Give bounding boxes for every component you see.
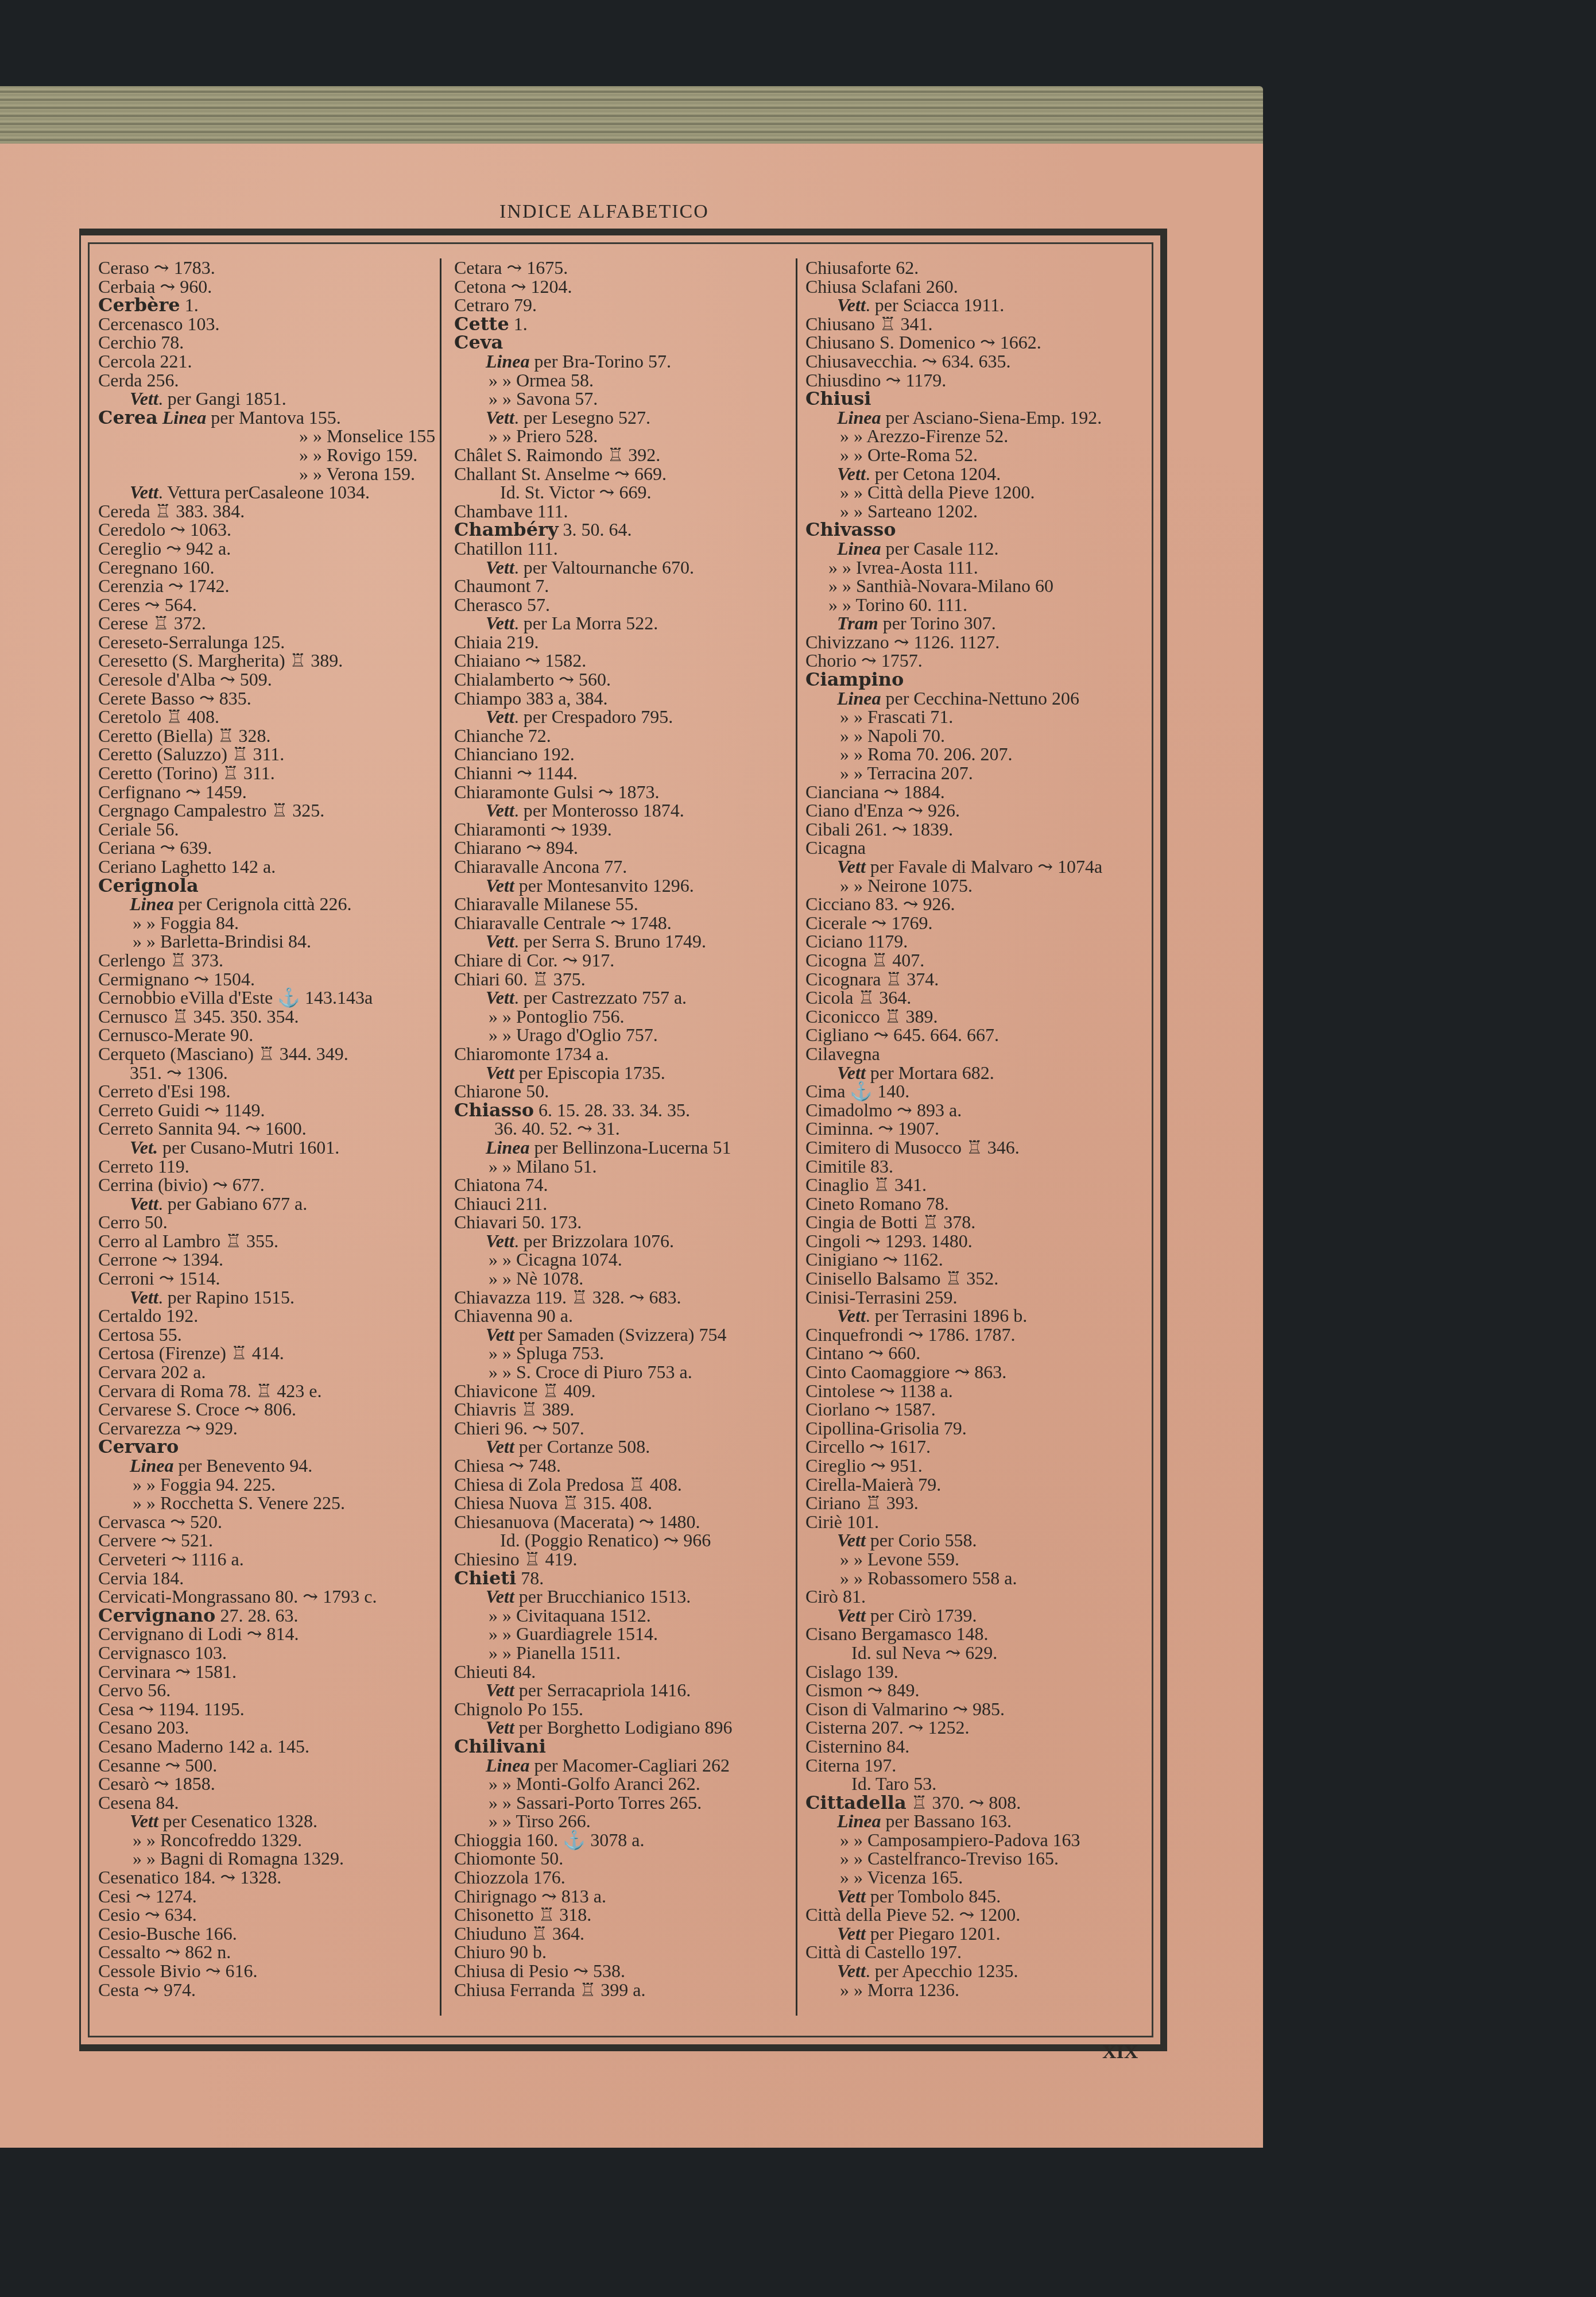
entry-text: per Corio 558. — [866, 1530, 977, 1550]
index-entry: Cintano ⤳ 660. — [805, 1344, 1150, 1363]
entry-text: Ceredolo ⤳ 1063. — [98, 519, 231, 540]
index-entry: Cervara 202 a. — [98, 1363, 437, 1382]
index-entry: Cireglio ⤳ 951. — [805, 1456, 1150, 1475]
entry-text: Chialamberto ⤳ 560. — [454, 669, 611, 690]
index-entry: Chiaravalle Milanese 55. — [454, 895, 799, 914]
index-entry: Cervasca ⤳ 520. — [98, 1513, 437, 1532]
entry-text: Chorio ⤳ 1757. — [805, 650, 923, 671]
entry-text: Cesena 84. — [98, 1792, 179, 1813]
entry-text: per Macomer-Cagliari 262 — [529, 1755, 730, 1776]
entry-text: per Casale 112. — [881, 538, 998, 559]
entry-text: Cingia de Botti ♖ 378. — [805, 1212, 975, 1232]
index-entry: Cergnago Campalestro ♖ 325. — [98, 801, 437, 820]
column-divider — [440, 258, 441, 2016]
entry-text: Chiusano S. Domenico ⤳ 1662. — [805, 332, 1041, 353]
index-entry: Cerreto 119. — [98, 1157, 437, 1176]
connection-type-label: Linea — [130, 1455, 173, 1476]
entry-text: Cermignano ⤳ 1504. — [98, 969, 255, 989]
entry-text: . per Sciacca 1911. — [866, 295, 1004, 315]
connection-type-label: Vett — [486, 557, 514, 578]
entry-text: Cirella-Maierà 79. — [805, 1474, 941, 1495]
index-entry: Cisternino 84. — [805, 1737, 1150, 1756]
index-entry: Cismon ⤳ 849. — [805, 1681, 1150, 1700]
entry-text: » » Neirone 1075. — [840, 875, 973, 896]
index-entry: Chieri 96. ⤳ 507. — [454, 1419, 799, 1438]
index-entry: » » Vicenza 165. — [805, 1868, 1150, 1887]
connection-type-label: Vett — [486, 1231, 514, 1251]
entry-text: » » Napoli 70. — [840, 725, 945, 746]
entry-text: Cessalto ⤳ 862 n. — [98, 1942, 231, 1962]
entry-text: 3. 50. 64. — [559, 519, 632, 540]
entry-text: Ciriè 101. — [805, 1511, 879, 1532]
entry-text: » » Milano 51. — [489, 1156, 596, 1177]
entry-text: Cercola 221. — [98, 351, 192, 372]
index-entry: Chisonetto ♖ 318. — [454, 1905, 799, 1924]
index-entry: Chiusavecchia. ⤳ 634. 635. — [805, 352, 1150, 371]
index-entry: Vett per Corio 558. — [805, 1531, 1150, 1550]
index-entry: Chiaravalle Ancona 77. — [454, 857, 799, 876]
entry-text: Chiavicone ♖ 409. — [454, 1380, 595, 1401]
index-entry: Cittadella ♖ 370. ⤳ 808. — [805, 1793, 1150, 1812]
index-entry: Cette 1. — [454, 315, 799, 334]
index-entry: Ceriale 56. — [98, 820, 437, 839]
entry-text: Cervinara ⤳ 1581. — [98, 1661, 237, 1682]
entry-text: » » Monti-Golfo Aranci 262. — [489, 1773, 700, 1794]
index-entry: Cervarezza ⤳ 929. — [98, 1419, 437, 1438]
entry-text: Cercenasco 103. — [98, 314, 219, 334]
entry-text: Chiuduno ♖ 364. — [454, 1923, 584, 1944]
entry-text: per Piegaro 1201. — [866, 1923, 1001, 1944]
station-name-bold: Ceva — [454, 331, 503, 353]
connection-type-label: Linea — [486, 1755, 529, 1776]
entry-text: Cismon ⤳ 849. — [805, 1680, 919, 1700]
index-entry: Chorio ⤳ 1757. — [805, 651, 1150, 670]
entry-text: » » Monselice 155 — [299, 426, 435, 446]
index-entry: Cicogna ♖ 407. — [805, 951, 1150, 970]
entry-text: Chivizzano ⤳ 1126. 1127. — [805, 632, 1000, 652]
entry-text: . per Apecchio 1235. — [866, 1960, 1018, 1981]
entry-text: » » Verona 159. — [299, 463, 415, 484]
station-name-bold: Cervaro — [98, 1436, 179, 1457]
entry-text: . per Serra S. Bruno 1749. — [514, 931, 706, 952]
entry-text: Cesio-Busche 166. — [98, 1923, 237, 1944]
index-entry: Chiaromonte 1734 a. — [454, 1045, 799, 1064]
index-entry: Chilivani — [454, 1737, 799, 1756]
index-entry: Certosa 55. — [98, 1325, 437, 1344]
index-entry: Chiesa Nuova ♖ 315. 408. — [454, 1494, 799, 1513]
connection-type-label: Vet. — [130, 1137, 158, 1158]
entry-text: Cervara di Roma 78. ♖ 423 e. — [98, 1380, 321, 1401]
index-entry: Chiari 60. ♖ 375. — [454, 970, 799, 989]
entry-text: Cisternino 84. — [805, 1736, 909, 1757]
index-entry: Challant St. Anselme ⤳ 669. — [454, 465, 799, 484]
index-entry: Cianciana ⤳ 1884. — [805, 783, 1150, 802]
index-entry: Cicola ♖ 364. — [805, 988, 1150, 1007]
entry-text: Chiaiano ⤳ 1582. — [454, 650, 586, 671]
index-entry: Chiavazza 119. ♖ 328. ⤳ 683. — [454, 1288, 799, 1307]
connection-type-label: Vett — [486, 1586, 514, 1607]
entry-text: Chiusaforte 62. — [805, 257, 919, 278]
connection-type-label: Linea — [486, 351, 529, 372]
index-entry: Vett. per Apecchio 1235. — [805, 1962, 1150, 1981]
entry-text: Chiaromonte 1734 a. — [454, 1043, 609, 1064]
entry-text: Cervicati-Mongrassano 80. ⤳ 1793 c. — [98, 1586, 377, 1607]
entry-text: Cernusco ♖ 345. 350. 354. — [98, 1006, 299, 1027]
entry-text: Cinaglio ♖ 341. — [805, 1174, 927, 1195]
index-entry: » » Frascati 71. — [805, 707, 1150, 726]
entry-text: per Mortara 682. — [866, 1062, 994, 1083]
entry-text: Cerrone ⤳ 1394. — [98, 1249, 223, 1270]
index-entry: Cermignano ⤳ 1504. — [98, 970, 437, 989]
index-entry: Cinisello Balsamo ♖ 352. — [805, 1269, 1150, 1288]
index-column-3: Chiusaforte 62.Chiusa Sclafani 260.Vett.… — [805, 258, 1150, 1999]
index-entry: Cicerale ⤳ 1769. — [805, 914, 1150, 933]
entry-text: Id. Taro 53. — [851, 1773, 936, 1794]
entry-text: » » Foggia 94. 225. — [133, 1474, 276, 1495]
index-column-1: Ceraso ⤳ 1783.Cerbaia ⤳ 960.Cerbère 1.Ce… — [98, 258, 437, 1999]
entry-text: Cirò 81. — [805, 1586, 866, 1607]
entry-text: Chiesa ⤳ 748. — [454, 1455, 561, 1476]
index-entry: Chignolo Po 155. — [454, 1700, 799, 1719]
entry-text: Chiuro 90 b. — [454, 1942, 547, 1962]
index-entry: Ceredolo ⤳ 1063. — [98, 520, 437, 539]
index-entry: Chirignago ⤳ 813 a. — [454, 1887, 799, 1906]
connection-type-label: Vett — [486, 1324, 514, 1345]
entry-text: Circello ⤳ 1617. — [805, 1436, 931, 1457]
entry-text: per Benevento 94. — [173, 1455, 312, 1476]
entry-text: Cerfignano ⤳ 1459. — [98, 782, 247, 802]
index-entry: Citerna 197. — [805, 1756, 1150, 1775]
index-entry: Vett per Samaden (Svizzera) 754 — [454, 1325, 799, 1344]
entry-text: » » Civitaquana 1512. — [489, 1605, 651, 1626]
index-entry: Certaldo 192. — [98, 1306, 437, 1325]
entry-text: Cicagna — [805, 837, 866, 858]
entry-text: Cinisi-Terrasini 259. — [805, 1287, 957, 1308]
entry-text: Cerchio 78. — [98, 332, 184, 353]
entry-text: per Borghetto Lodigiano 896 — [514, 1717, 733, 1738]
index-entry: Ceriana ⤳ 639. — [98, 838, 437, 857]
entry-text: Cerenzia ⤳ 1742. — [98, 575, 230, 596]
entry-text: ♖ 370. ⤳ 808. — [907, 1792, 1021, 1813]
entry-text: Chisonetto ♖ 318. — [454, 1904, 591, 1925]
index-entry: Linea per Casale 112. — [805, 539, 1150, 558]
entry-text: Cherasco 57. — [454, 594, 550, 615]
index-entry: Cingoli ⤳ 1293. 1480. — [805, 1232, 1150, 1251]
station-name-bold: Cerbère — [98, 294, 180, 316]
entry-text: » » Sarteano 1202. — [840, 501, 978, 521]
index-entry: » » Santhià-Novara-Milano 60 — [805, 577, 1150, 595]
entry-text: Cernobbio eVilla d'Este ⚓ 143.143a — [98, 987, 373, 1008]
index-entry: Linea per Cerignola città 226. — [98, 895, 437, 914]
entry-text: per Cesenatico 1328. — [158, 1811, 317, 1831]
index-entry: Cisterna 207. ⤳ 1252. — [805, 1718, 1150, 1737]
connection-type-label: Vett — [486, 1436, 514, 1457]
index-entry: Cerqueto (Masciano) ♖ 344. 349. — [98, 1045, 437, 1064]
index-entry: Cerroni ⤳ 1514. — [98, 1269, 437, 1288]
index-entry: Cereglio ⤳ 942 a. — [98, 539, 437, 558]
index-entry: Chiusdino ⤳ 1179. — [805, 371, 1150, 390]
entry-text: Cesarò ⤳ 1858. — [98, 1773, 215, 1794]
index-entry: » » Sarteano 1202. — [805, 502, 1150, 521]
index-entry: Linea per Bellinzona-Lucerna 51 — [454, 1138, 799, 1157]
entry-text: Cergnago Campalestro ♖ 325. — [98, 800, 324, 821]
entry-text: per Bra-Torino 57. — [529, 351, 671, 372]
index-entry: Cison di Valmarino ⤳ 985. — [805, 1700, 1150, 1719]
entry-text: per Cecchina-Nettuno 206 — [881, 688, 1079, 709]
connection-type-label: Vett — [130, 1811, 158, 1831]
entry-text: Cerrina (bivio) ⤳ 677. — [98, 1174, 265, 1195]
index-entry: Cinquefrondi ⤳ 1786. 1787. — [805, 1325, 1150, 1344]
entry-text: Cessole Bivio ⤳ 616. — [98, 1960, 257, 1981]
index-entry: Id. Taro 53. — [805, 1774, 1150, 1793]
index-entry: Cervicati-Mongrassano 80. ⤳ 1793 c. — [98, 1587, 437, 1606]
index-entry: Cervo 56. — [98, 1681, 437, 1700]
entry-text: » » Vicenza 165. — [840, 1867, 963, 1888]
entry-text: 78. — [516, 1568, 544, 1588]
index-entry: Chiesino ♖ 419. — [454, 1550, 799, 1569]
index-entry: Chiaramonti ⤳ 1939. — [454, 820, 799, 839]
entry-text: Chieuti 84. — [454, 1661, 536, 1682]
entry-text: Cislago 139. — [805, 1661, 898, 1682]
entry-text: Ceretto (Torino) ♖ 311. — [98, 763, 275, 783]
index-entry: Chiatona 74. — [454, 1175, 799, 1194]
entry-text: Chiatona 74. — [454, 1174, 548, 1195]
entry-text: Città di Castello 197. — [805, 1942, 962, 1962]
entry-text: » » Castelfranco-Treviso 165. — [840, 1848, 1059, 1869]
index-entry: Cicciano 83. ⤳ 926. — [805, 895, 1150, 914]
entry-text: » » Santhià-Novara-Milano 60 — [828, 575, 1053, 596]
index-entry: Cervarese S. Croce ⤳ 806. — [98, 1400, 437, 1419]
index-entry: Chiusano S. Domenico ⤳ 1662. — [805, 333, 1150, 352]
entry-text: » » Ivrea-Aosta 111. — [828, 557, 978, 578]
index-entry: » » Levone 559. — [805, 1550, 1150, 1569]
connection-type-label: Vett — [486, 931, 514, 952]
entry-text: Citerna 197. — [805, 1755, 896, 1776]
entry-text: Cetraro 79. — [454, 295, 537, 315]
entry-text: Cireglio ⤳ 951. — [805, 1455, 923, 1476]
entry-text: per Cortanze 508. — [514, 1436, 650, 1457]
entry-text: Chiomonte 50. — [454, 1848, 563, 1869]
connection-type-label: Vett — [486, 1680, 514, 1700]
entry-text: Cervarezza ⤳ 929. — [98, 1418, 238, 1438]
index-entry: Cesi ⤳ 1274. — [98, 1887, 437, 1906]
index-entry: Vett per Tombolo 845. — [805, 1887, 1150, 1906]
index-entry: Ciconicco ♖ 389. — [805, 1007, 1150, 1026]
connection-type-label: Vett — [486, 987, 514, 1008]
index-entry: Vett per Cortanze 508. — [454, 1437, 799, 1456]
index-entry: Ceresole d'Alba ⤳ 509. — [98, 670, 437, 689]
index-entry: Cerro 50. — [98, 1213, 437, 1232]
index-column-2: Cetara ⤳ 1675.Cetona ⤳ 1204.Cetraro 79.C… — [454, 258, 799, 1999]
entry-text: Cingoli ⤳ 1293. 1480. — [805, 1231, 973, 1251]
index-entry: Cerignola — [98, 876, 437, 895]
index-entry: » » Arezzo-Firenze 52. — [805, 427, 1150, 446]
entry-text: per Episcopia 1735. — [514, 1062, 665, 1083]
station-name-bold: Chivasso — [805, 519, 896, 540]
index-entry: Chivizzano ⤳ 1126. 1127. — [805, 633, 1150, 652]
index-entry: Chiusa di Pesio ⤳ 538. — [454, 1962, 799, 1981]
entry-text: Chiaramonti ⤳ 1939. — [454, 819, 612, 840]
entry-text: 351. ⤳ 1306. — [130, 1062, 228, 1083]
index-entry: Cesio-Busche 166. — [98, 1924, 437, 1943]
entry-text: 6. 15. 28. 33. 34. 35. — [534, 1100, 690, 1120]
index-entry: Chiavris ♖ 389. — [454, 1400, 799, 1419]
index-entry: Cetona ⤳ 1204. — [454, 277, 799, 296]
entry-text: . per Castrezzato 757 a. — [514, 987, 687, 1008]
entry-text: » » Foggia 84. — [133, 912, 239, 933]
entry-text: Cerreto Guidi ⤳ 1149. — [98, 1100, 265, 1120]
entry-text: Challant St. Anselme ⤳ 669. — [454, 463, 667, 484]
entry-text: Cilavegna — [805, 1043, 880, 1064]
entry-text: » » Morra 1236. — [840, 1979, 959, 2000]
entry-text: » » Nè 1078. — [489, 1268, 583, 1289]
entry-text: » » Pontoglio 756. — [489, 1006, 624, 1027]
index-entry: » » Verona 159. — [98, 465, 437, 484]
index-entry: Chiavenna 90 a. — [454, 1306, 799, 1325]
entry-text: Chiusano ♖ 341. — [805, 314, 933, 334]
index-entry: » » Morra 1236. — [805, 1981, 1150, 2000]
entry-text: Cerroni ⤳ 1514. — [98, 1268, 220, 1289]
index-entry: Cipollina-Grisolia 79. — [805, 1419, 1150, 1438]
entry-text: per Tombolo 845. — [866, 1886, 1001, 1907]
entry-text: » » Rocchetta S. Venere 225. — [133, 1492, 345, 1513]
entry-text: Cervo 56. — [98, 1680, 171, 1700]
index-entry: Cervaro — [98, 1437, 437, 1456]
index-entry: Cerea Linea per Mantova 155. — [98, 408, 437, 427]
index-entry: Chioggia 160. ⚓ 3078 a. — [454, 1831, 799, 1850]
entry-text: » » Ormea 58. — [489, 370, 594, 390]
entry-text: Chiesino ♖ 419. — [454, 1549, 577, 1569]
connection-type-label: Linea — [837, 407, 881, 428]
entry-text: . per Lesegno 527. — [514, 407, 650, 428]
index-entry: Chiusaforte 62. — [805, 258, 1150, 277]
index-entry: Vet. per Cusano-Mutri 1601. — [98, 1138, 437, 1157]
entry-text: Cinquefrondi ⤳ 1786. 1787. — [805, 1324, 1015, 1345]
connection-type-label: Linea — [837, 1811, 881, 1831]
index-entry: » » Terracina 207. — [805, 764, 1150, 783]
index-entry: Cesta ⤳ 974. — [98, 1981, 437, 2000]
page-header: INDICE ALFABETICO — [499, 201, 709, 223]
entry-text: . per Gangi 1851. — [158, 388, 286, 409]
entry-text: Id. (Poggio Renatico) ⤳ 966 — [500, 1530, 711, 1550]
entry-text: Ceriale 56. — [98, 819, 179, 840]
index-entry: Chiarone 50. — [454, 1082, 799, 1101]
station-name-bold: Cerignola — [98, 875, 199, 896]
entry-text: . Vettura perCasaleone 1034. — [158, 482, 370, 502]
index-entry: Vett. per Sciacca 1911. — [805, 296, 1150, 315]
entry-text: Chiauci 211. — [454, 1193, 547, 1214]
index-entry: » » S. Croce di Piuro 753 a. — [454, 1363, 799, 1382]
index-entry: Ciorlano ⤳ 1587. — [805, 1400, 1150, 1419]
entry-text: » » Rovigo 159. — [299, 444, 417, 465]
station-name-bold: Chiusi — [805, 388, 871, 409]
index-entry: Cesio ⤳ 634. — [98, 1905, 437, 1924]
entry-text: » » Cicagna 1074. — [489, 1249, 622, 1270]
index-entry: Cerenzia ⤳ 1742. — [98, 577, 437, 595]
entry-text: Chiesanuova (Macerata) ⤳ 1480. — [454, 1511, 700, 1532]
station-name-bold: Chiasso — [454, 1099, 534, 1121]
index-entry: Cerbaia ⤳ 960. — [98, 277, 437, 296]
index-entry: » » Roncofreddo 1329. — [98, 1831, 437, 1850]
index-entry: Cervignano di Lodi ⤳ 814. — [98, 1625, 437, 1644]
index-entry: Ceva — [454, 333, 799, 352]
connection-type-label: Linea — [837, 688, 881, 709]
index-entry: Vett per Piegaro 1201. — [805, 1924, 1150, 1943]
entry-text: Cigliano ⤳ 645. 664. 667. — [805, 1024, 999, 1045]
index-entry: Cerbère 1. — [98, 296, 437, 315]
entry-text: Certosa (Firenze) ♖ 414. — [98, 1343, 284, 1363]
entry-text: Cerro al Lambro ♖ 355. — [98, 1231, 278, 1251]
entry-text: Cinigiano ⤳ 1162. — [805, 1249, 943, 1270]
entry-text: Cervia 184. — [98, 1568, 184, 1588]
index-entry: Ceretto (Torino) ♖ 311. — [98, 764, 437, 783]
entry-text: Cesano 203. — [98, 1717, 189, 1738]
index-entry: » » Robassomero 558 a. — [805, 1569, 1150, 1588]
entry-text: Ceretto (Saluzzo) ♖ 311. — [98, 744, 284, 764]
entry-text: Chiavari 50. 173. — [454, 1212, 582, 1232]
index-entry: » » Ormea 58. — [454, 371, 799, 390]
connection-type-label: Vett — [837, 1305, 866, 1326]
index-entry: » » Priero 528. — [454, 427, 799, 446]
index-entry: Cerro al Lambro ♖ 355. — [98, 1232, 437, 1251]
index-entry: Chiampo 383 a, 384. — [454, 689, 799, 708]
index-entry: Chiusi — [805, 389, 1150, 408]
index-entry: » » Cicagna 1074. — [454, 1250, 799, 1269]
index-entry: Cintolese ⤳ 1138 a. — [805, 1382, 1150, 1401]
index-entry: Cervara di Roma 78. ♖ 423 e. — [98, 1382, 437, 1401]
index-entry: Linea per Macomer-Cagliari 262 — [454, 1756, 799, 1775]
index-entry: Cilavegna — [805, 1045, 1150, 1064]
connection-type-label: Vett — [486, 706, 514, 727]
index-entry: » » Rovigo 159. — [98, 446, 437, 465]
entry-text: Chiesa Nuova ♖ 315. 408. — [454, 1492, 652, 1513]
entry-text: 1. — [509, 314, 528, 334]
entry-text: » » Frascati 71. — [840, 706, 953, 727]
entry-text: Cetara ⤳ 1675. — [454, 257, 568, 278]
entry-text: Ceretolo ♖ 408. — [98, 706, 219, 727]
entry-text: Ciciano 1179. — [805, 931, 908, 952]
index-entry: Vett. per Crespadoro 795. — [454, 707, 799, 726]
entry-text: Cicciano 83. ⤳ 926. — [805, 894, 955, 914]
index-entry: Chianciano 192. — [454, 745, 799, 764]
entry-text: Chiaramonte Gulsi ⤳ 1873. — [454, 782, 659, 802]
index-entry: Cerlengo ♖ 373. — [98, 951, 437, 970]
index-entry: Cimitero di Musocco ♖ 346. — [805, 1138, 1150, 1157]
entry-text: Chiavenna 90 a. — [454, 1305, 573, 1326]
entry-text: Ceregnano 160. — [98, 557, 215, 578]
connection-type-label: Vett — [837, 1062, 866, 1083]
index-entry: Cesarò ⤳ 1858. — [98, 1774, 437, 1793]
index-entry: Vett per Cesenatico 1328. — [98, 1812, 437, 1831]
entry-text: Ciorlano ⤳ 1587. — [805, 1399, 936, 1420]
index-entry: Chiare di Cor. ⤳ 917. — [454, 951, 799, 970]
entry-text: Cipollina-Grisolia 79. — [805, 1418, 967, 1438]
entry-text: per Montesanvito 1296. — [514, 875, 694, 896]
entry-text: Cereglio ⤳ 942 a. — [98, 538, 231, 559]
entry-text: Chiozzola 176. — [454, 1867, 565, 1888]
index-entry: » » Guardiagrele 1514. — [454, 1625, 799, 1644]
entry-text: Ceriana ⤳ 639. — [98, 837, 212, 858]
index-entry: » » Torino 60. 111. — [805, 595, 1150, 614]
entry-text: Cesenatico 184. ⤳ 1328. — [98, 1867, 281, 1888]
entry-text: Cerqueto (Masciano) ♖ 344. 349. — [98, 1043, 348, 1064]
entry-text: Cibali 261. ⤳ 1839. — [805, 819, 953, 840]
entry-text: Cintano ⤳ 660. — [805, 1343, 920, 1363]
index-entry: Chiaia 219. — [454, 633, 799, 652]
entry-text: » » Levone 559. — [840, 1549, 959, 1569]
connection-type-label: Vett — [837, 1960, 866, 1981]
entry-text: » » Roma 70. 206. 207. — [840, 744, 1012, 764]
